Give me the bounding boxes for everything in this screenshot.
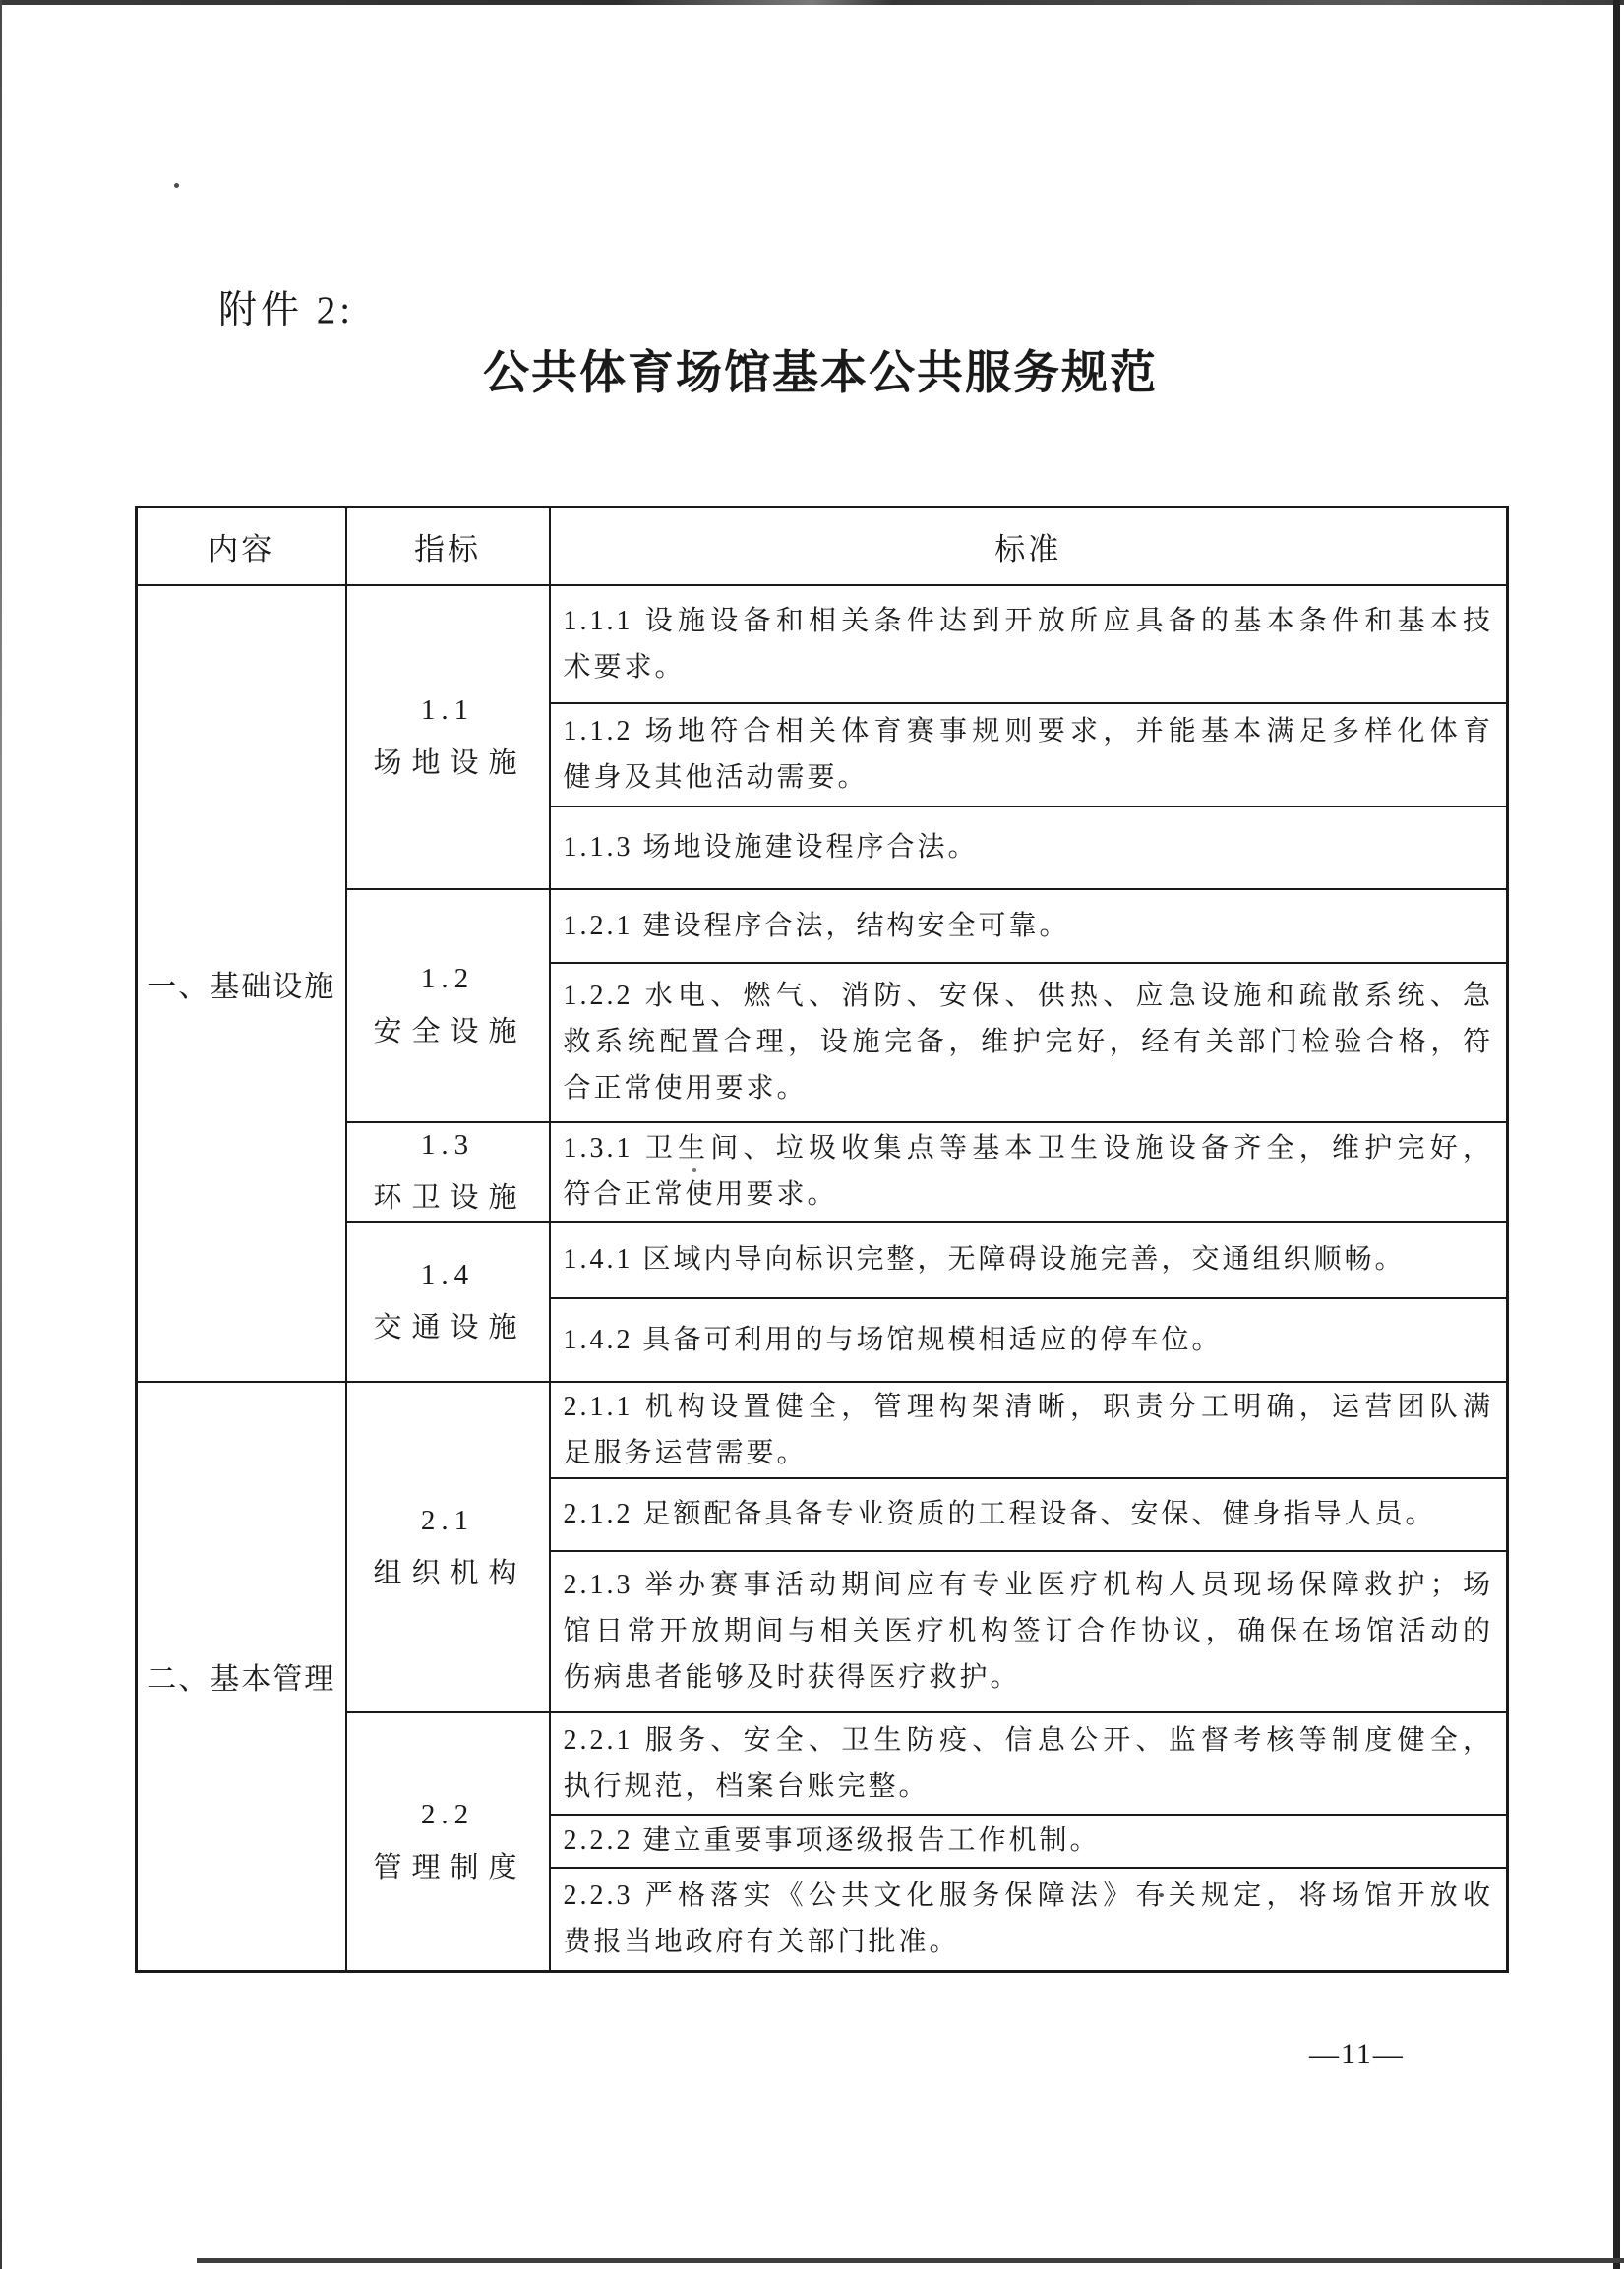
- standard-cell-2-1-1: 2.1.1 机构设置健全，管理构架清晰，职责分工明确，运营团队满 足服务运营需要…: [550, 1382, 1508, 1478]
- standard-line: 2.1.2 足额配备具备专业资质的工程设备、安保、健身指导人员。: [564, 1491, 1494, 1537]
- scan-edge-bottom: [197, 2258, 1624, 2263]
- standards-table: 内容 指标 标准 一、基础设施 1.1 场地设施 1.1.1 设施设备和相关条件…: [135, 506, 1509, 1973]
- standard-line: 1.2.1 建设程序合法，结构安全可靠。: [564, 903, 1494, 949]
- content-cell-group-1: 一、基础设施: [137, 585, 346, 1382]
- indicator-name: 安全设施: [347, 1010, 549, 1053]
- header-content: 内容: [137, 508, 346, 585]
- standard-line: 执行规范，档案台账完整。: [564, 1763, 1494, 1810]
- standard-line: 2.2.1 服务、安全、卫生防疫、信息公开、监督考核等制度健全，: [564, 1717, 1494, 1763]
- standard-cell-1-2-1: 1.2.1 建设程序合法，结构安全可靠。: [550, 889, 1508, 963]
- indicator-code: 1.3: [347, 1123, 549, 1166]
- standard-line: 1.3.1 卫生间、垃圾收集点等基本卫生设施设备齐全，维护完好，: [564, 1125, 1494, 1171]
- standard-line: 伤病患者能够及时获得医疗救护。: [564, 1654, 1494, 1701]
- scan-speck: [174, 183, 179, 188]
- standard-cell-2-2-1: 2.2.1 服务、安全、卫生防疫、信息公开、监督考核等制度健全， 执行规范，档案…: [550, 1712, 1508, 1815]
- indicator-cell-1-2: 1.2 安全设施: [346, 889, 550, 1122]
- standard-line: 2.1.1 机构设置健全，管理构架清晰，职责分工明确，运营团队满: [564, 1384, 1494, 1430]
- standard-cell-2-2-2: 2.2.2 建立重要事项逐级报告工作机制。: [550, 1815, 1508, 1868]
- indicator-cell-1-1: 1.1 场地设施: [346, 585, 550, 889]
- standard-cell-1-1-1: 1.1.1 设施设备和相关条件达到开放所应具备的基本条件和基本技 术要求。: [550, 585, 1508, 703]
- standard-line: 救系统配置合理，设施完备，维护完好，经有关部门检验合格，符: [564, 1019, 1494, 1065]
- standard-line: 1.1.1 设施设备和相关条件达到开放所应具备的基本条件和基本技: [564, 598, 1494, 644]
- header-standard: 标准: [550, 508, 1508, 585]
- table-row: 二、基本管理 2.1 组织机构 2.1.1 机构设置健全，管理构架清晰，职责分工…: [137, 1382, 1508, 1478]
- standard-line: 1.1.3 场地设施建设程序合法。: [564, 824, 1494, 870]
- attachment-label: 附件 2:: [218, 279, 354, 334]
- indicator-cell-1-3: 1.3 环卫设施: [346, 1122, 550, 1222]
- standard-cell-1-1-3: 1.1.3 场地设施建设程序合法。: [550, 806, 1508, 889]
- standard-cell-1-3-1: 1.3.1 卫生间、垃圾收集点等基本卫生设施设备齐全，维护完好， 符合正常使用要…: [550, 1122, 1508, 1222]
- page-number: —11—: [1309, 2038, 1405, 2071]
- indicator-name: 管理制度: [347, 1846, 549, 1889]
- standard-line: 合正常使用要求。: [564, 1065, 1494, 1111]
- indicator-code: 1.2: [347, 957, 549, 1000]
- table-row: 一、基础设施 1.1 场地设施 1.1.1 设施设备和相关条件达到开放所应具备的…: [137, 585, 1508, 703]
- indicator-code: 2.2: [347, 1793, 549, 1836]
- standard-line: 符合正常使用要求。: [564, 1171, 1494, 1218]
- indicator-name: 交通设施: [347, 1306, 549, 1349]
- content-cell-group-2: 二、基本管理: [137, 1382, 346, 1972]
- table-header-row: 内容 指标 标准: [137, 508, 1508, 585]
- standard-line: 术要求。: [564, 644, 1494, 690]
- indicator-name: 组织机构: [347, 1552, 549, 1595]
- indicator-cell-2-2: 2.2 管理制度: [346, 1712, 550, 1972]
- indicator-code: 2.1: [347, 1499, 549, 1542]
- standard-cell-1-2-2: 1.2.2 水电、燃气、消防、安保、供热、应急设施和疏散系统、急 救系统配置合理…: [550, 963, 1508, 1122]
- indicator-cell-2-1: 2.1 组织机构: [346, 1382, 550, 1712]
- indicator-cell-1-4: 1.4 交通设施: [346, 1222, 550, 1382]
- scan-edge-left: [0, 0, 2, 2269]
- indicator-code: 1.4: [347, 1253, 549, 1296]
- scan-edge-right: [1613, 0, 1620, 2269]
- standard-line: 费报当地政府有关部门批准。: [564, 1919, 1494, 1965]
- indicator-code: 1.1: [347, 688, 549, 732]
- indicator-name: 场地设施: [347, 742, 549, 785]
- standard-line: 1.2.2 水电、燃气、消防、安保、供热、应急设施和疏散系统、急: [564, 973, 1494, 1019]
- standard-cell-1-4-1: 1.4.1 区域内导向标识完整，无障碍设施完善，交通组织顺畅。: [550, 1222, 1508, 1298]
- standard-line: 1.1.2 场地符合相关体育赛事规则要求，并能基本满足多样化体育: [564, 708, 1494, 754]
- standard-line: 2.2.3 严格落实《公共文化服务保障法》有关规定，将场馆开放收: [564, 1873, 1494, 1919]
- standard-line: 馆日常开放期间与相关医疗机构签订合作协议，确保在场馆活动的: [564, 1608, 1494, 1654]
- standard-line: 健身及其他活动需要。: [564, 754, 1494, 801]
- indicator-name: 环卫设施: [347, 1176, 549, 1220]
- standard-cell-1-1-2: 1.1.2 场地符合相关体育赛事规则要求，并能基本满足多样化体育 健身及其他活动…: [550, 703, 1508, 806]
- standard-line: 2.1.3 举办赛事活动期间应有专业医疗机构人员现场保障救护；场: [564, 1562, 1494, 1608]
- standard-line: 足服务运营需要。: [564, 1430, 1494, 1476]
- document-title: 公共体育场馆基本公共服务规范: [135, 336, 1506, 402]
- standard-cell-2-1-2: 2.1.2 足额配备具备专业资质的工程设备、安保、健身指导人员。: [550, 1478, 1508, 1551]
- standard-cell-2-1-3: 2.1.3 举办赛事活动期间应有专业医疗机构人员现场保障救护；场 馆日常开放期间…: [550, 1551, 1508, 1712]
- standard-cell-1-4-2: 1.4.2 具备可利用的与场馆规模相适应的停车位。: [550, 1298, 1508, 1382]
- standard-line: 2.2.2 建立重要事项逐级报告工作机制。: [564, 1818, 1494, 1864]
- scan-edge-top: [0, 0, 1624, 5]
- header-indicator: 指标: [346, 508, 550, 585]
- standard-line: 1.4.1 区域内导向标识完整，无障碍设施完善，交通组织顺畅。: [564, 1236, 1494, 1283]
- standard-cell-2-2-3: 2.2.3 严格落实《公共文化服务保障法》有关规定，将场馆开放收 费报当地政府有…: [550, 1868, 1508, 1972]
- standard-line: 1.4.2 具备可利用的与场馆规模相适应的停车位。: [564, 1317, 1494, 1363]
